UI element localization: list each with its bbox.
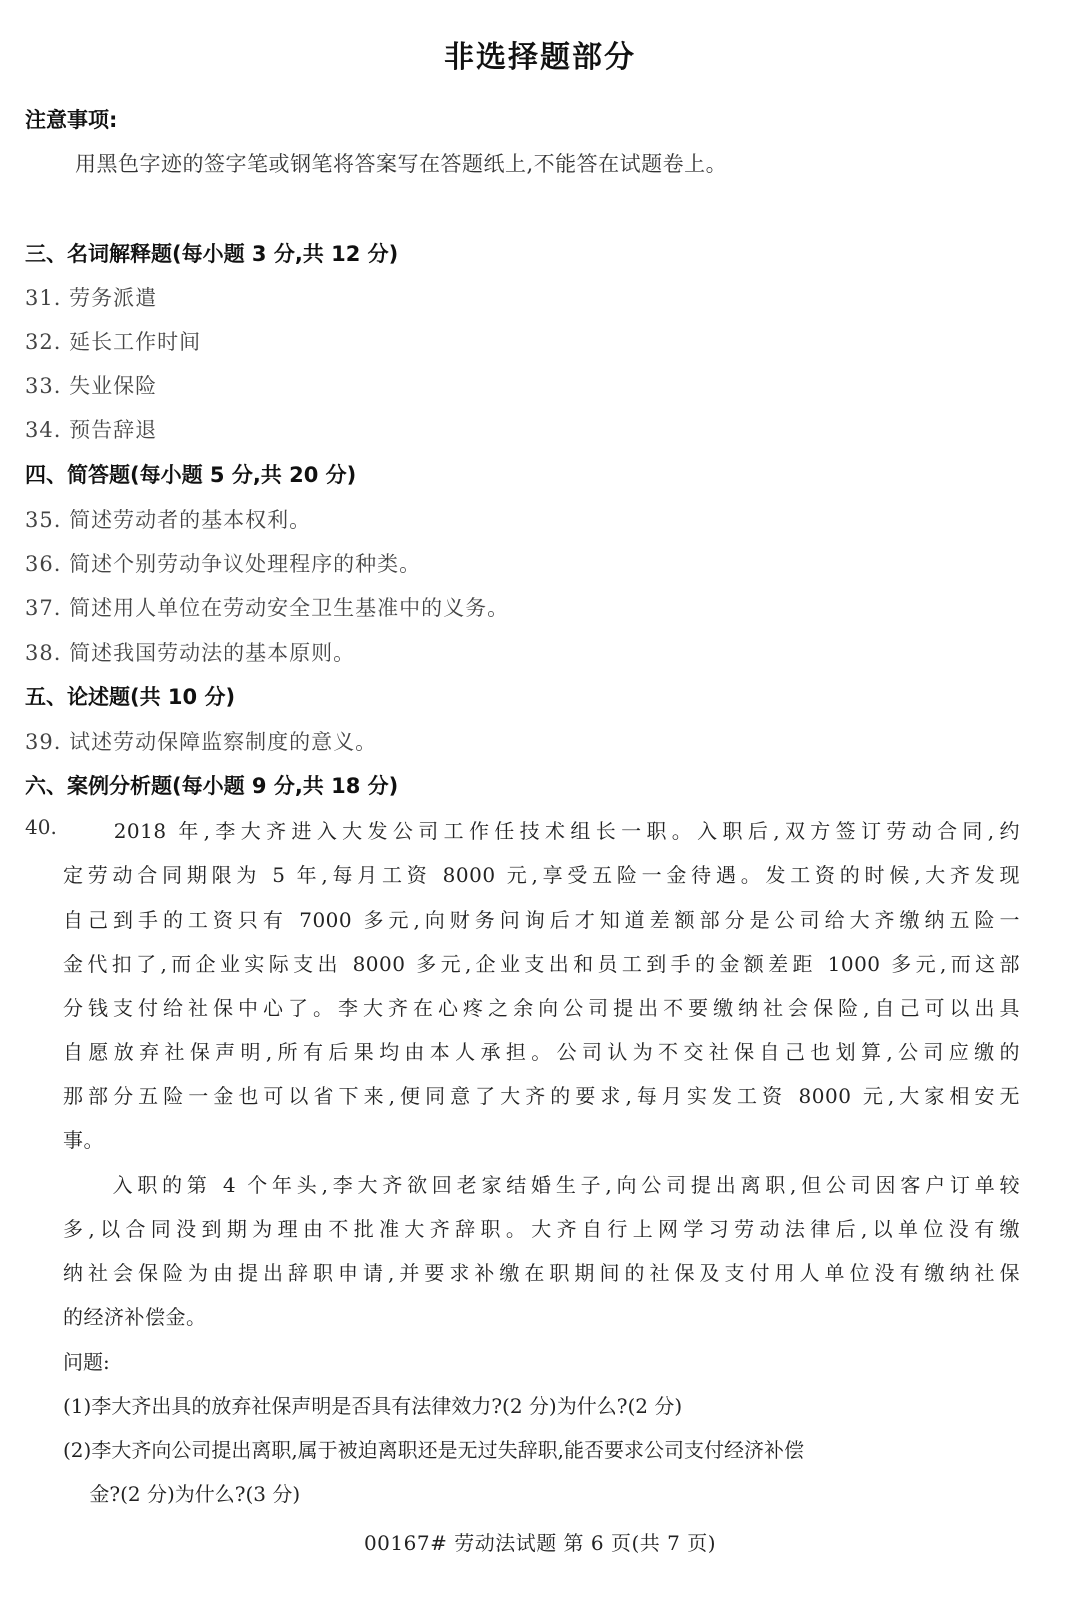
sub-question-2-continued: 金?(2 分)为什么?(3 分) — [63, 1478, 300, 1507]
question-35: 35. 简述劳动者的基本权利。 — [25, 504, 311, 534]
section-heading-6: 六、案例分析题(每小题 9 分,共 18 分) — [25, 770, 398, 800]
case-line: 那部分五险一金也可以省下来,便同意了大齐的要求,每月实发工资 8000 元,大家… — [63, 1080, 1020, 1109]
question-34: 34. 预告辞退 — [25, 414, 157, 444]
question-39: 39. 试述劳动保障监察制度的意义。 — [25, 726, 377, 756]
question-33: 33. 失业保险 — [25, 370, 157, 400]
case-line: 事。 — [63, 1124, 1020, 1153]
case-line: 多,以合同没到期为理由不批准大齐辞职。大齐自行上网学习劳动法律后,以单位没有缴 — [63, 1213, 1020, 1242]
question-32: 32. 延长工作时间 — [25, 326, 201, 356]
exam-page: 非选择题部分 注意事项: 用黑色字迹的签字笔或钢笔将答案写在答题纸上,不能答在试… — [0, 0, 1080, 1623]
sub-question-2: (2)李大齐向公司提出离职,属于被迫离职还是无过失辞职,能否要求公司支付经济补偿 — [63, 1434, 804, 1463]
case-line: 自愿放弃社保声明,所有后果均由本人承担。公司认为不交社保自己也划算,公司应缴的 — [63, 1036, 1020, 1065]
section-heading-4: 四、简答题(每小题 5 分,共 20 分) — [25, 459, 356, 489]
case-line: 纳社会保险为由提出辞职申请,并要求补缴在职期间的社保及支付用人单位没有缴纳社保 — [63, 1257, 1020, 1286]
question-31: 31. 劳务派遣 — [25, 282, 157, 312]
case-line: 金代扣了,而企业实际支出 8000 多元,企业支出和员工到手的金额差距 1000… — [63, 948, 1020, 977]
sub-question-1: (1)李大齐出具的放弃社保声明是否具有法律效力?(2 分)为什么?(2 分) — [63, 1390, 682, 1419]
case-line: 的经济补偿金。 — [63, 1301, 1020, 1330]
case-line: 分钱支付给社保中心了。李大齐在心疼之余向公司提出不要缴纳社会保险,自己可以出具 — [63, 992, 1020, 1021]
question-37: 37. 简述用人单位在劳动安全卫生基准中的义务。 — [25, 592, 509, 622]
questions-label: 问题: — [63, 1346, 110, 1375]
case-line: 自己到手的工资只有 7000 多元,向财务问询后才知道差额部分是公司给大齐缴纳五… — [63, 904, 1020, 933]
notice-body: 用黑色字迹的签字笔或钢笔将答案写在答题纸上,不能答在试题卷上。 — [75, 148, 727, 178]
case-line: 定劳动合同期限为 5 年,每月工资 8000 元,享受五险一金待遇。发工资的时候… — [63, 859, 1020, 888]
question-40-number: 40. — [25, 815, 57, 839]
question-36: 36. 简述个别劳动争议处理程序的种类。 — [25, 548, 421, 578]
case-line: 入职的第 4 个年头,李大齐欲回老家结婚生子,向公司提出离职,但公司因客户订单较 — [63, 1169, 1020, 1198]
notice-heading: 注意事项: — [25, 104, 117, 134]
question-38: 38. 简述我国劳动法的基本原则。 — [25, 637, 355, 667]
section-heading-3: 三、名词解释题(每小题 3 分,共 12 分) — [25, 238, 398, 268]
case-line: 2018 年,李大齐进入大发公司工作任技术组长一职。入职后,双方签订劳动合同,约 — [63, 815, 1020, 844]
page-footer: 00167# 劳动法试题 第 6 页(共 7 页) — [0, 1527, 1080, 1556]
section-heading-5: 五、论述题(共 10 分) — [25, 681, 235, 711]
page-title: 非选择题部分 — [0, 32, 1080, 76]
